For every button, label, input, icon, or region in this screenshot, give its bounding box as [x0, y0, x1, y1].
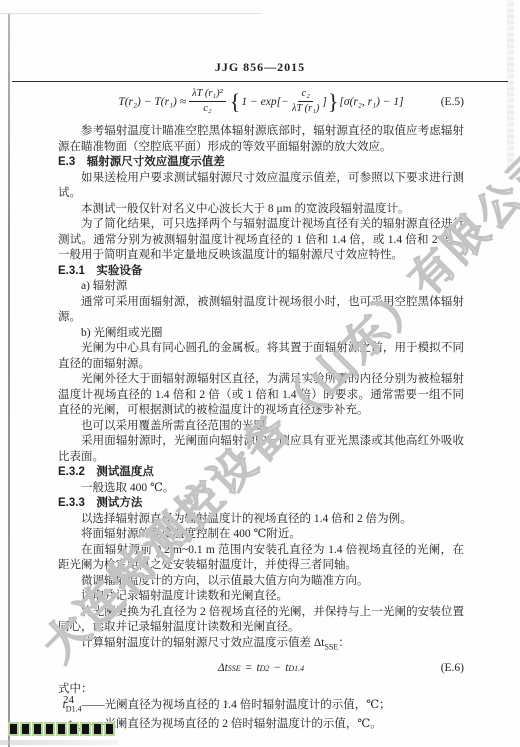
- calc-intro-subscript: SSE: [324, 642, 338, 651]
- paragraph: 将光阑更换为孔直径为 2 倍视场直径的光阑，并保持与上一光阑的安装位置同心，读取…: [58, 605, 464, 636]
- list-item-b: b) 光阑组或光圈: [58, 326, 464, 342]
- formula-e5-close-brace: }: [328, 91, 339, 113]
- formula-e6-term2-subscript: D1.4: [288, 661, 304, 677]
- formula-e5-lhs: T(r₂) − T(r₁) ≈: [118, 96, 186, 108]
- formula-e6: ΔtSSE = tD2 − tD1.4 (E.6): [58, 659, 464, 677]
- formula-e5-numerator-1: λT (r₁)²: [189, 88, 226, 102]
- formula-e5-numerator-2: c₂: [298, 88, 312, 102]
- paragraph: 以选择辐射源直径为辐射温度计的视场直径的 1.4 倍和 2 倍为例。: [58, 512, 464, 528]
- calc-intro-text: 计算辐射温度计的辐射源尺寸效应温度示值差 Δt: [81, 637, 324, 649]
- symbol-description: ——光阑直径为视场直径的 2 倍时辐射温度计的示值，℃。: [81, 718, 381, 730]
- paragraph: 光阑为中心具有同心圆孔的金属板。将其置于面辐射源之前，用于模拟不同直径的面辐射源…: [58, 341, 464, 372]
- paragraph: 读取并记录辐射温度计读数和光阑直径。: [58, 589, 464, 605]
- where-label: 式中：: [58, 682, 464, 698]
- film-sprocket-square: [20, 722, 31, 736]
- header-rule: [12, 81, 508, 82]
- formula-e5-fraction-1: λT (r₁)² c₂: [189, 88, 226, 115]
- section-heading-e3: E.3 辐射源尺寸效应温度示值差: [58, 155, 464, 171]
- registration-mark: + ·: [224, 699, 249, 709]
- formula-e6-lhs: Δt: [218, 661, 228, 677]
- film-sprocket-square: [32, 722, 43, 736]
- formula-e5-tail: [σ(r₂, r₁) − 1]: [339, 96, 403, 108]
- film-sprocket-square: [8, 722, 19, 736]
- paragraph: 如果送检用户要求测试辐射源尺寸效应温度示值差，可参照以下要求进行测试。: [58, 171, 464, 202]
- equals-sign: =: [245, 661, 253, 677]
- formula-e6-term1-subscript: D2: [260, 661, 270, 677]
- calc-intro-line: 计算辐射温度计的辐射源尺寸效应温度示值差 ΔtSSE：: [58, 636, 464, 655]
- paragraph: 本测试一般仅针对名义中心波长大于 8 μm 的宽波段辐射温度计。: [58, 202, 464, 218]
- page-number: 24: [63, 694, 74, 706]
- paragraph: 通常可采用面辐射源，被测辐射温度计视场很小时，也可采用空腔黑体辐射源。: [58, 295, 464, 326]
- scan-smudge-bottom: [0, 740, 118, 745]
- formula-e5-label: (E.5): [441, 96, 464, 108]
- document-body: 参考辐射温度计瞄准空腔黑体辐射源底部时，辐射源直径的取值应考虑辐射源在瞄准物面（…: [58, 124, 464, 735]
- list-item-a: a) 辐射源: [58, 279, 464, 295]
- formula-e5-fraction-2: c₂ λT (r₁): [292, 88, 320, 115]
- paragraph: 一般选取 400 ℃。: [58, 481, 464, 497]
- formula-e5-mid: 1 − exp[−: [241, 96, 288, 108]
- formula-e6-lhs-subscript: SSE: [228, 661, 241, 677]
- section-heading-e31: E.3.1 实验设备: [58, 264, 464, 280]
- film-sprocket-square: [56, 722, 67, 736]
- paragraph: 在面辐射源前 0.2 m~0.1 m 范围内安装孔直径为 1.4 倍视场直径的光…: [58, 543, 464, 574]
- paragraph: 采用面辐射源时，光阑面向辐射源的一侧应具有亚光黑漆或其他高红外吸收比表面。: [58, 434, 464, 465]
- formula-e5-denominator-1: c₂: [203, 102, 211, 115]
- formula-e5-open-brace: {: [230, 91, 241, 113]
- film-sprocket-square: [104, 722, 115, 736]
- film-sprocket-square: [80, 722, 91, 736]
- paragraph: 光阑外径大于面辐射源辐射区直径，为满足实验所需的内径分别为被检辐射温度计视场直径…: [58, 372, 464, 419]
- formula-e5-bracket-close: ]: [322, 96, 326, 108]
- scan-edge-right: [507, 0, 514, 170]
- symbol-definition-line: tD1.4——光阑直径为视场直径的 1.4 倍时辐射温度计的示值，℃；: [58, 698, 464, 717]
- symbol-definition-line: tD2——光阑直径为视场直径的 2 倍时辐射温度计的示值，℃。: [58, 717, 464, 736]
- calc-intro-colon: ：: [338, 637, 350, 649]
- film-sprocket-square: [92, 722, 103, 736]
- formula-e6-label: (E.6): [441, 661, 464, 677]
- section-heading-e32: E.3.2 测试温度点: [58, 465, 464, 481]
- scanned-document-page: JJG 856—2015 T(r₂) − T(r₁) ≈ λT (r₁)² c₂…: [0, 0, 520, 747]
- scan-edge-top: [0, 13, 262, 14]
- paragraph: 为了简化结果，可只选择两个与辐射温度计视场直径有关的辐射源直径进行测试。通常分别…: [58, 217, 464, 264]
- formula-e5: T(r₂) − T(r₁) ≈ λT (r₁)² c₂ { 1 − exp[− …: [58, 88, 464, 115]
- paragraph: 将面辐射源的亮度温度控制在 400 ℃附近。: [58, 527, 464, 543]
- film-sprocket-strip: [8, 722, 115, 736]
- paragraph: 也可以采用覆盖所需直径范围的光圈。: [58, 419, 464, 435]
- paragraph: 参考辐射温度计瞄准空腔黑体辐射源底部时，辐射源直径的取值应考虑辐射源在瞄准物面（…: [58, 124, 464, 155]
- paragraph: 微调辐射温度计的方向，以示值最大值方向为瞄准方向。: [58, 574, 464, 590]
- film-sprocket-square: [44, 722, 55, 736]
- film-sprocket-square: [68, 722, 79, 736]
- section-heading-e33: E.3.3 测试方法: [58, 496, 464, 512]
- scan-edge-left: [8, 14, 10, 747]
- formula-e5-denominator-2: λT (r₁): [292, 102, 320, 115]
- minus-sign: −: [273, 661, 281, 677]
- page-header: JJG 856—2015: [0, 60, 520, 75]
